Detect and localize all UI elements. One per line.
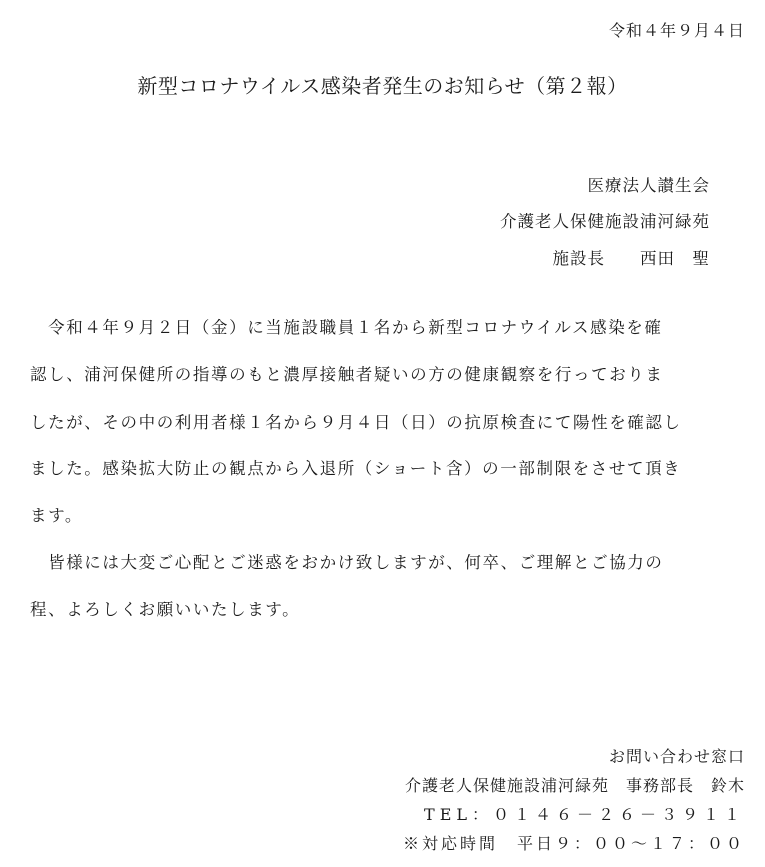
sender-director: 施設長 西田 聖 bbox=[553, 245, 711, 269]
sender-organization: 医療法人讃生会 bbox=[588, 172, 711, 196]
body-line: 令和４年９月２日（金）に当施設職員１名から新型コロナウイルス感染を確 bbox=[30, 314, 663, 338]
body-line: したが、その中の利用者様１名から９月４日（日）の抗原検査にて陽性を確認し bbox=[30, 409, 682, 433]
body-line: ます。 bbox=[30, 502, 83, 526]
contact-tel: TEL：０１４６－２６－３９１１ bbox=[424, 802, 745, 825]
body-line: 程、よろしくお願いいたします。 bbox=[30, 596, 300, 620]
body-line: 皆様には大変ご心配とご迷惑をおかけ致しますが、何卒、ご理解とご協力の bbox=[30, 549, 664, 573]
body-line: ました。感染拡大防止の観点から入退所（ショート含）の一部制限をさせて頂き bbox=[30, 455, 681, 479]
body-line: 認し、浦河保健所の指導のもと濃厚接触者疑いの方の健康観察を行っておりま bbox=[30, 361, 664, 385]
contact-hours: ※対応時間 平日９：００～１７：００ bbox=[403, 831, 745, 854]
document-date: 令和４年９月４日 bbox=[609, 18, 745, 41]
document-title: 新型コロナウイルス感染者発生のお知らせ（第２報） bbox=[0, 70, 765, 99]
contact-person: 介護老人保健施設浦河緑苑 事務部長 鈴木 bbox=[405, 773, 745, 796]
sender-facility: 介護老人保健施設浦河緑苑 bbox=[500, 208, 710, 232]
contact-heading: お問い合わせ窓口 bbox=[609, 744, 745, 767]
